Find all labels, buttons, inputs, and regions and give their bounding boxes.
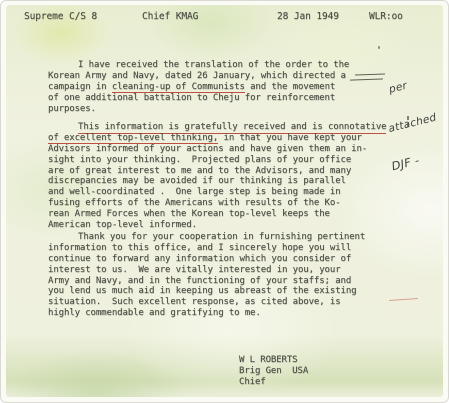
para2-line: fusing efforts of the Americans with res…: [48, 198, 386, 209]
para2-line: and well-coordinated . One large step is…: [48, 187, 386, 198]
signature-rank: Brig Gen USA: [239, 366, 308, 377]
para2-line: sight into your thinking. Projected plan…: [48, 155, 386, 166]
para2-line: discrepancies may be avoided if our thin…: [48, 176, 386, 187]
para1-line: I have received the translation of the o…: [48, 60, 349, 71]
paragraph-1: I have received the translation of the o…: [48, 60, 349, 114]
para3-line: Army and Navy, and in the functioning of…: [48, 276, 365, 287]
para2-line: Advisors informed of your actions and ha…: [48, 144, 386, 155]
scanned-memo-frame: Supreme C/S 8 Chief KMAG 28 Jan 1949 WLR…: [0, 0, 449, 403]
para2-line: of excellent top-level thinking, in that…: [48, 133, 386, 144]
para1-line: campaign in cleaning-up of Communists an…: [48, 82, 349, 93]
header-initials: WLR:oo: [369, 11, 403, 22]
signature-title: Chief: [239, 377, 308, 388]
para2-line-segment: in that you have kept your: [218, 133, 362, 143]
paragraph-2: This information is gratefully received …: [48, 122, 386, 231]
red-underlined-phrase: This information is gratefully received …: [78, 122, 386, 134]
header-date: 28 Jan 1949: [277, 11, 339, 22]
para2-line: This information is gratefully received …: [48, 122, 386, 133]
para3-line: information to this office, and I sincer…: [48, 243, 365, 254]
para1-line: purposes.: [48, 104, 349, 115]
para2-line: rean Armed Forces when the Korean top-le…: [48, 209, 386, 220]
red-pen-dash: [389, 298, 418, 301]
para3-line: continue to forward any information whic…: [48, 254, 365, 265]
pen-dot-mark: [378, 46, 380, 49]
paragraph-3: Thank you for your cooperation in furnis…: [48, 232, 365, 319]
para1-line: of one additional battalion to Cheju for…: [48, 93, 349, 104]
para3-line: interest to us. We are vitally intereste…: [48, 265, 365, 276]
para3-line: situation. Such excellent response, as c…: [48, 297, 365, 308]
para3-line: highly commendable and gratifying to me.: [48, 308, 365, 319]
red-underlined-phrase: cleaning-up of Communists: [112, 82, 245, 94]
pen-tick-mark: [407, 116, 409, 120]
signature-block: W L ROBERTS Brig Gen USA Chief: [239, 355, 308, 388]
para3-line: Thank you for your cooperation in furnis…: [48, 232, 365, 243]
red-underlined-phrase: of excellent top-level thinking,: [48, 133, 218, 145]
memo-paper: Supreme C/S 8 Chief KMAG 28 Jan 1949 WLR…: [6, 5, 443, 397]
para2-line: are of great interest to me and to the A…: [48, 166, 386, 177]
para3-line: you lend us much aid in keeping us abrea…: [48, 286, 365, 297]
para1-line: Korean Army and Navy, dated 26 January, …: [48, 71, 349, 82]
margin-note-line: DJF -: [390, 147, 446, 172]
para2-line: American top-level informed.: [48, 220, 386, 231]
margin-note-line: per: [388, 75, 429, 97]
margin-note-line: attached: [387, 111, 438, 135]
para1-line-segment: and the movement: [245, 82, 335, 92]
para1-line-segment: campaign in: [48, 82, 112, 92]
header-office: Supreme C/S 8: [24, 11, 97, 22]
pen-tick-mark: [407, 123, 409, 127]
signature-name: W L ROBERTS: [239, 355, 308, 366]
header-recipient: Chief KMAG: [142, 11, 198, 22]
